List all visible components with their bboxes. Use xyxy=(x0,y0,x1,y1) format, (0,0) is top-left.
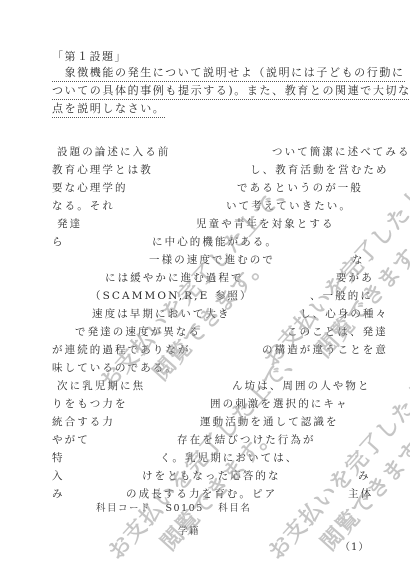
assignment-heading: 「第１設題」 xyxy=(52,48,127,64)
body-text-segment: み xyxy=(52,487,65,501)
body-text-segment: に中心的機能がある。 xyxy=(152,235,278,249)
body-text-segment: 運動活動を通して認識を xyxy=(200,415,339,429)
body-text-segment: 要があ xyxy=(336,271,374,285)
body-text-segment: の構造が違うことを意 xyxy=(262,343,388,357)
subject-code-label: 科目コード xyxy=(96,503,151,514)
body-text-segment: み xyxy=(358,469,371,483)
question-line-1: 象徴機能の発生について説明せよ（説明には子どもの行動に xyxy=(52,66,405,82)
body-text-segment: 入 xyxy=(52,469,65,483)
question-line-3: 点を説明しなさい。 xyxy=(52,102,165,118)
body-text-segment: であるというのが一般 xyxy=(237,181,363,195)
body-text-segment: く。乳児期においては、 xyxy=(160,451,298,465)
body-text-segment: 一様の速度で進むので xyxy=(149,253,275,267)
body-text-segment: なる。それ xyxy=(52,199,115,213)
body-text-segment: 発達 xyxy=(57,217,82,231)
body-text-segment: けをともなった応答的な xyxy=(142,469,281,483)
body-text-segment: 特 xyxy=(52,451,65,465)
body-text-segment: 味しているのである。 xyxy=(52,361,178,375)
body-text-segment: ついて簡潔に述べてみる。 xyxy=(272,145,410,159)
body-text-segment: し、教育活動を営むため xyxy=(250,163,389,177)
document-page: 「第１設題」 象徴機能の発生について説明せよ（説明には子どもの行動に ついての具… xyxy=(0,0,410,580)
body-text-segment: ら xyxy=(52,235,65,249)
body-text-segment: 設題の論述に入る前 xyxy=(57,145,170,159)
body-text-segment: 児童や青年を対象とする xyxy=(196,217,335,231)
body-text-segment: ん坊は、周囲の人や物と xyxy=(232,379,371,393)
subject-code-value: S0105 xyxy=(166,503,204,514)
body-text-segment: 、一般的に xyxy=(310,289,373,303)
body-text-segment: このことは、発達 xyxy=(287,325,388,339)
body-text-segment: 主体 xyxy=(348,487,373,501)
body-text-segment: 次に乳児期に焦 xyxy=(57,379,145,393)
body-text-segment: （SCAMMON,R,E 参照） xyxy=(90,289,253,303)
body-text-segment: な xyxy=(352,253,365,267)
body-text-segment: 速度は早期において大き xyxy=(92,307,231,321)
question-line-2: ついての具体的事例も提示する)。また、教育との関連で大切な xyxy=(52,84,410,100)
body-text-segment: 要な心理学的 xyxy=(52,181,128,195)
body-text-segment: し、心身の種々 xyxy=(300,307,388,321)
student-id-label: 学籍 xyxy=(178,523,200,537)
body-text-segment: で発達の速度が異なる xyxy=(75,325,201,339)
body-text-segment: 教育心理学とは教 xyxy=(52,163,153,177)
subject-code-row: 科目コード S0105 科目名 xyxy=(96,500,251,514)
subject-name-label: 科目名 xyxy=(218,503,251,514)
body-text-segment: 囲の刺激を選択的にキャ xyxy=(210,397,349,411)
page-number: （1） xyxy=(340,538,369,553)
body-text-segment: には緩やかに進む過程で xyxy=(105,271,244,285)
body-text-segment: 統合する力 xyxy=(52,415,115,429)
body-text-segment: が連続的過程でありなが xyxy=(52,343,191,357)
body-text-segment: やがて xyxy=(52,433,90,447)
body-text-segment: 存在を結びつけた行為が xyxy=(177,433,316,447)
body-text-segment: りをもつ力を xyxy=(52,397,128,411)
body-text-segment: の成長する力を育む。ピア xyxy=(126,487,277,501)
body-text-segment: いて考えていきたい。 xyxy=(226,199,352,213)
